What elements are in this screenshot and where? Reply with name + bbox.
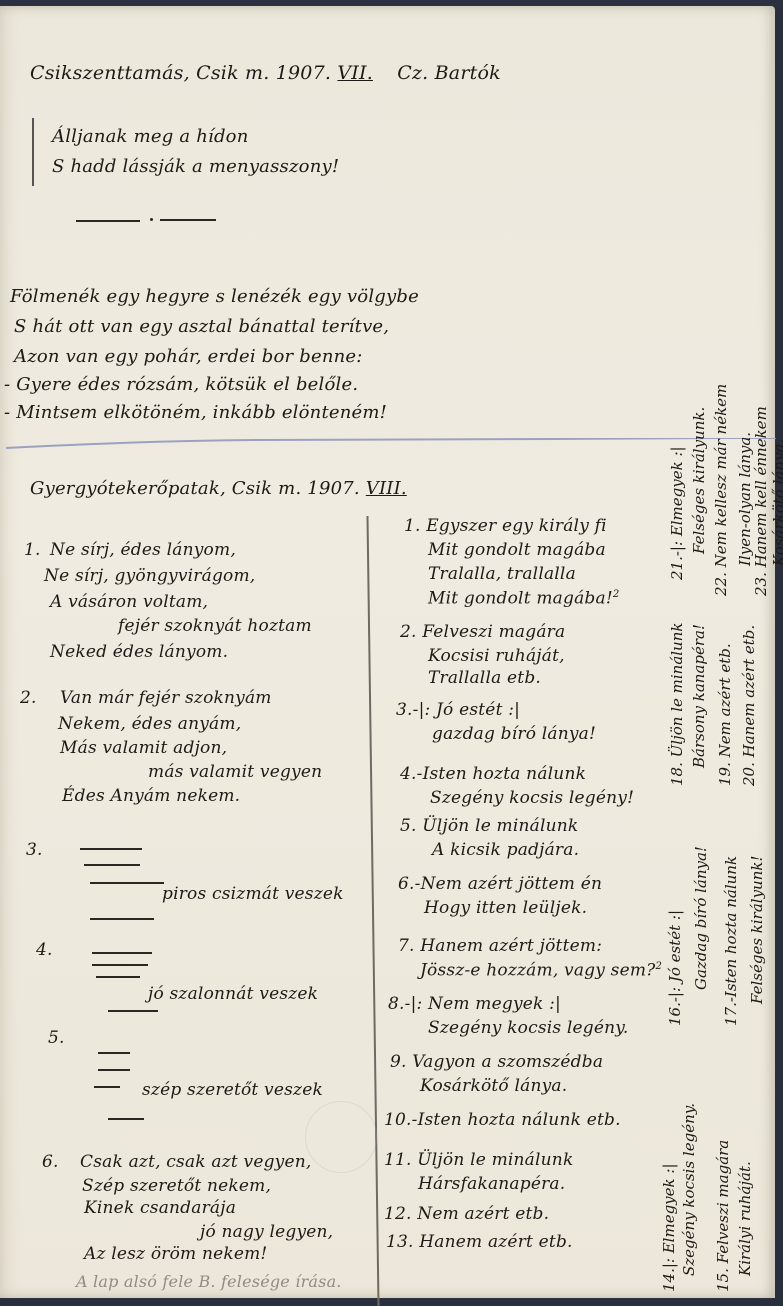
verse-line: Kinek csandarája (84, 1200, 236, 1217)
verse-line: piros csizmát veszek (162, 886, 344, 903)
verse-line: Mit gondolt magába!2 (428, 590, 619, 608)
verse-line: Mit gondolt magába (428, 542, 606, 559)
placeholder-dash (96, 976, 140, 978)
heading-year: 1907. (307, 478, 360, 499)
margin-verse: Kosárkötő lánya. (770, 439, 783, 566)
margin-verse: Bársony kanapéra! (690, 624, 708, 768)
separator-dot (150, 218, 153, 221)
verse-margin-bar (32, 118, 34, 186)
placeholder-dash (84, 864, 140, 866)
verse-line: Édes Anyám nekem. (62, 788, 240, 805)
verse-line: Más valamit adjon, (60, 740, 227, 757)
heading-place: Csikszenttamás, Csik m. (30, 62, 269, 84)
verse-number: 3. (26, 842, 43, 859)
heading-place: Gyergyótekerőpatak, Csik m. (30, 478, 301, 499)
verse-line: Jössz-e hozzám, vagy sem?2 (420, 962, 662, 980)
column-divider (366, 516, 379, 1305)
placeholder-dash (98, 1052, 130, 1054)
verse-line: 9. Vagyon a szomszédba (390, 1054, 603, 1071)
verse-line: 8.-|: Nem megyek :| (388, 996, 561, 1013)
verse-line: Ne sírj, gyöngyvirágom, (44, 568, 255, 585)
margin-verse: 18. Üljön le minálunk (668, 623, 686, 786)
verse-line: 10.-Isten hozta nálunk etb. (384, 1112, 621, 1129)
verse-line: Álljanak meg a hídon (52, 128, 249, 146)
placeholder-dash (92, 952, 152, 954)
verse-line: szép szeretőt veszek (142, 1082, 323, 1099)
margin-verse: 16.-|: Jó estét :| (666, 910, 684, 1026)
verse-line: 1. Egyszer egy király fi (404, 518, 607, 535)
verse-line: Nekem, édes anyám, (58, 716, 241, 733)
heading-month: VII. (337, 62, 373, 84)
faint-stamp-mark (305, 1101, 377, 1173)
verse-line: Hársfakanapéra. (418, 1176, 565, 1193)
margin-verse: 22. Nem kellesz már nékem (712, 384, 730, 596)
heading-csikszenttamas: Csikszenttamás, Csik m. 1907. VII. Cz. B… (30, 64, 501, 83)
placeholder-dash (98, 1069, 130, 1071)
verse-line: fejér szoknyát hoztam (118, 618, 312, 635)
margin-verse: Felséges királyunk. (690, 407, 708, 554)
verse-line: 7. Hanem azért jöttem: (398, 938, 602, 955)
verse-line: Fölmenék egy hegyre s lenézék egy völgyb… (10, 288, 419, 306)
separator-dash (76, 220, 140, 222)
verse-line: Kosárkötő lánya. (420, 1078, 567, 1095)
verse-line: 6.-Nem azért jöttem én (398, 876, 602, 893)
verse-line: 12. Nem azért etb. (384, 1206, 549, 1223)
margin-verse: Felséges királyunk! (748, 856, 766, 1005)
verse-line: 4.-Isten hozta nálunk (400, 766, 586, 783)
placeholder-dash (90, 918, 154, 920)
verse-line: Csak azt, csak azt vegyen, (80, 1154, 311, 1171)
verse-line: A vásáron voltam, (50, 594, 208, 611)
manuscript-page: Csikszenttamás, Csik m. 1907. VII. Cz. B… (0, 6, 775, 1298)
placeholder-dash (92, 964, 148, 966)
heading-year: 1907. (276, 62, 331, 84)
margin-verse: Szegény kocsis legény. (680, 1103, 698, 1276)
margin-verse: 17.-Isten hozta nálunk (722, 856, 740, 1026)
verse-line: Szép szeretőt nekem, (82, 1178, 271, 1195)
heading-month: VIII. (366, 478, 407, 499)
margin-verse: 23. Hanem kell énnekem (752, 406, 770, 596)
separator-dash (160, 219, 216, 221)
verse-number: 5. (48, 1030, 65, 1047)
margin-verse: 15. Felveszi magára (714, 1140, 732, 1292)
heading-gyergyotekeropatak: Gyergyótekerőpatak, Csik m. 1907. VIII. (30, 480, 407, 498)
margin-verse: Gazdag bíró lánya! (692, 846, 710, 990)
margin-verse: 19. Nem azért etb. (716, 643, 734, 786)
verse-line: Szegény kocsis legény! (430, 790, 634, 807)
verse-line: Hogy itten leüljek. (424, 900, 587, 917)
verse-line: 3.-|: Jó estét :| (396, 702, 520, 719)
verse-line: Trallalla etb. (428, 670, 541, 687)
verse-line: S hadd lássják a menyasszony! (52, 158, 339, 176)
margin-verse: 21.-|: Elmegyek :| (668, 446, 686, 580)
verse-number: 6. (42, 1154, 59, 1171)
verse-line: S hát ott van egy asztal bánattal terítv… (14, 318, 389, 336)
verse-line: 13. Hanem azért etb. (386, 1234, 573, 1251)
verse-line: gazdag bíró lánya! (432, 726, 596, 743)
verse-number: 1. (24, 542, 41, 559)
verse-line: Az lesz öröm nekem! (84, 1246, 267, 1263)
verse-line: 11. Üljön le minálunk (384, 1152, 573, 1169)
placeholder-dash (80, 848, 142, 850)
verse-line: Ne sírj, édes lányom, (50, 542, 236, 559)
verse-line: jó nagy legyen, (200, 1224, 333, 1241)
verse-line: Van már fejér szoknyám (60, 690, 272, 707)
margin-verse: Királyi ruháját. (736, 1161, 754, 1276)
verse-line: Neked édes lányom. (50, 644, 228, 661)
verse-line: Tralalla, trallalla (428, 566, 576, 583)
blue-divider-line (6, 438, 776, 450)
verse-number: 4. (36, 942, 53, 959)
verse-line: 2. Felveszi magára (400, 624, 565, 641)
verse-line: - Mintsem elkötöném, inkább elönteném! (4, 404, 387, 422)
verse-line: - Gyere édes rózsám, kötsük el belőle. (4, 376, 358, 394)
verse-line: Szegény kocsis legény. (428, 1020, 628, 1037)
placeholder-dash (94, 1086, 120, 1088)
verse-line: Kocsisi ruháját, (428, 648, 565, 665)
placeholder-dash (108, 1118, 144, 1120)
verse-number: 2. (20, 690, 37, 707)
heading-collector: Cz. Bartók (397, 62, 501, 84)
pencil-footnote: A lap alsó fele B. felesége írása. (76, 1274, 342, 1290)
placeholder-dash (90, 882, 164, 884)
margin-verse: 14.|: Elmegyek :| (660, 1163, 678, 1292)
margin-verse: 20. Hanem azért etb. (740, 625, 758, 786)
placeholder-dash (108, 1010, 158, 1012)
verse-line: más valamit vegyen (148, 764, 322, 781)
verse-line: jó szalonnát veszek (148, 986, 318, 1003)
verse-line: A kicsik padjára. (432, 842, 579, 859)
verse-line: Azon van egy pohár, erdei bor benne: (14, 348, 363, 366)
verse-line: 5. Üljön le minálunk (400, 818, 578, 835)
